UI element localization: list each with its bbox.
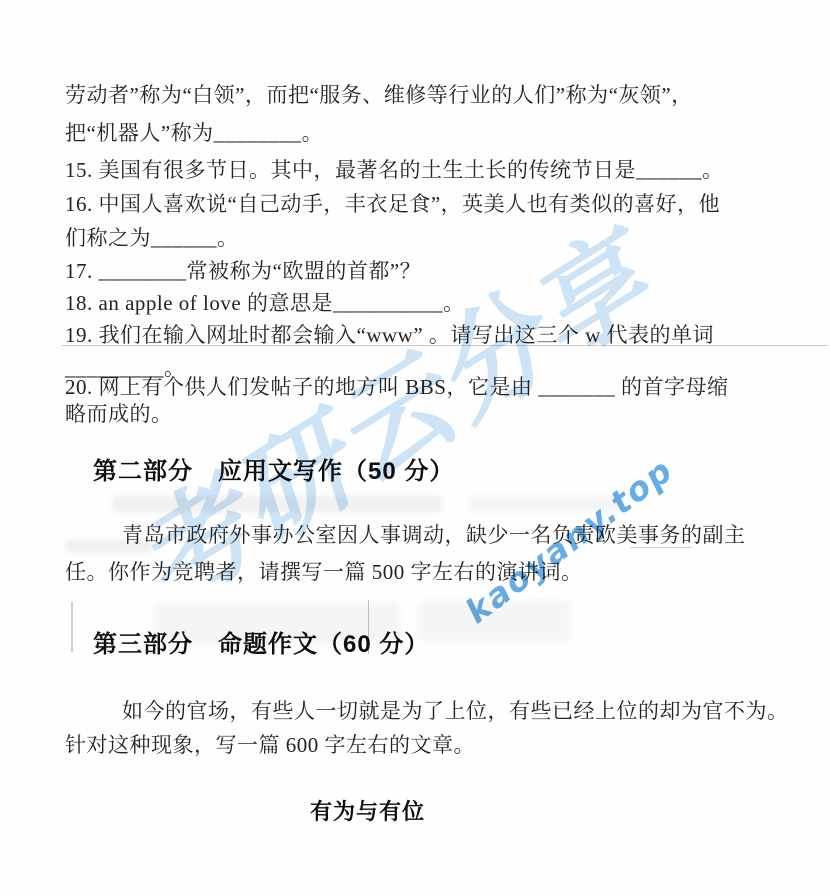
- section2-body-line-1: 青岛市政府外事办公室因人事调动，缺少一名负责欧美事务的副主: [122, 521, 746, 549]
- question-16-line-2: 们称之为______。: [65, 224, 239, 252]
- bleed-through-artifact: [420, 601, 570, 641]
- bleed-through-artifact: [470, 496, 620, 512]
- question-14-line-2: 把“机器人”称为________。: [65, 119, 323, 147]
- section3-heading: 第三部分 命题作文（60 分）: [93, 630, 429, 660]
- exam-page: 劳动者”称为“白领”，而把“服务、维修等行业的人们”称为“灰领”， 把“机器人”…: [0, 0, 830, 896]
- scan-vertical-line-artifact: [71, 602, 73, 652]
- bleed-through-artifact: [112, 496, 442, 512]
- question-17: 17. ________常被称为“欧盟的首都”？: [65, 257, 421, 285]
- section3-body-line-1: 如今的官场，有些人一切就是为了上位，有些已经上位的却为官不为。: [122, 697, 789, 725]
- question-15: 15. 美国有很多节日。其中，最著名的土生土长的传统节日是______。: [65, 156, 724, 184]
- question-14-line-1: 劳动者”称为“白领”，而把“服务、维修等行业的人们”称为“灰领”，: [65, 81, 693, 109]
- question-20-line-2: 略而成的。: [65, 400, 173, 428]
- question-18: 18. an apple of love 的意思是__________。: [65, 289, 464, 317]
- section2-heading: 第二部分 应用文写作（50 分）: [93, 457, 454, 487]
- question-19-line-1: 19. 我们在输入网址时都会输入“www” 。请写出这三个 w 代表的单词: [65, 321, 714, 349]
- essay-title: 有为与有位: [310, 795, 425, 826]
- question-20-line-1: 20. 网上有个供人们发帖子的地方叫 BBS，它是由 _______ 的首字母缩: [65, 373, 728, 401]
- section3-body-line-2: 针对这种现象，写一篇 600 字左右的文章。: [65, 731, 475, 759]
- section2-body-line-2: 任。你作为竞聘者，请撰写一篇 500 字左右的演讲词。: [65, 558, 583, 586]
- question-16-line-1: 16. 中国人喜欢说“自己动手，丰衣足食”，英美人也有类似的喜好，他: [65, 190, 720, 218]
